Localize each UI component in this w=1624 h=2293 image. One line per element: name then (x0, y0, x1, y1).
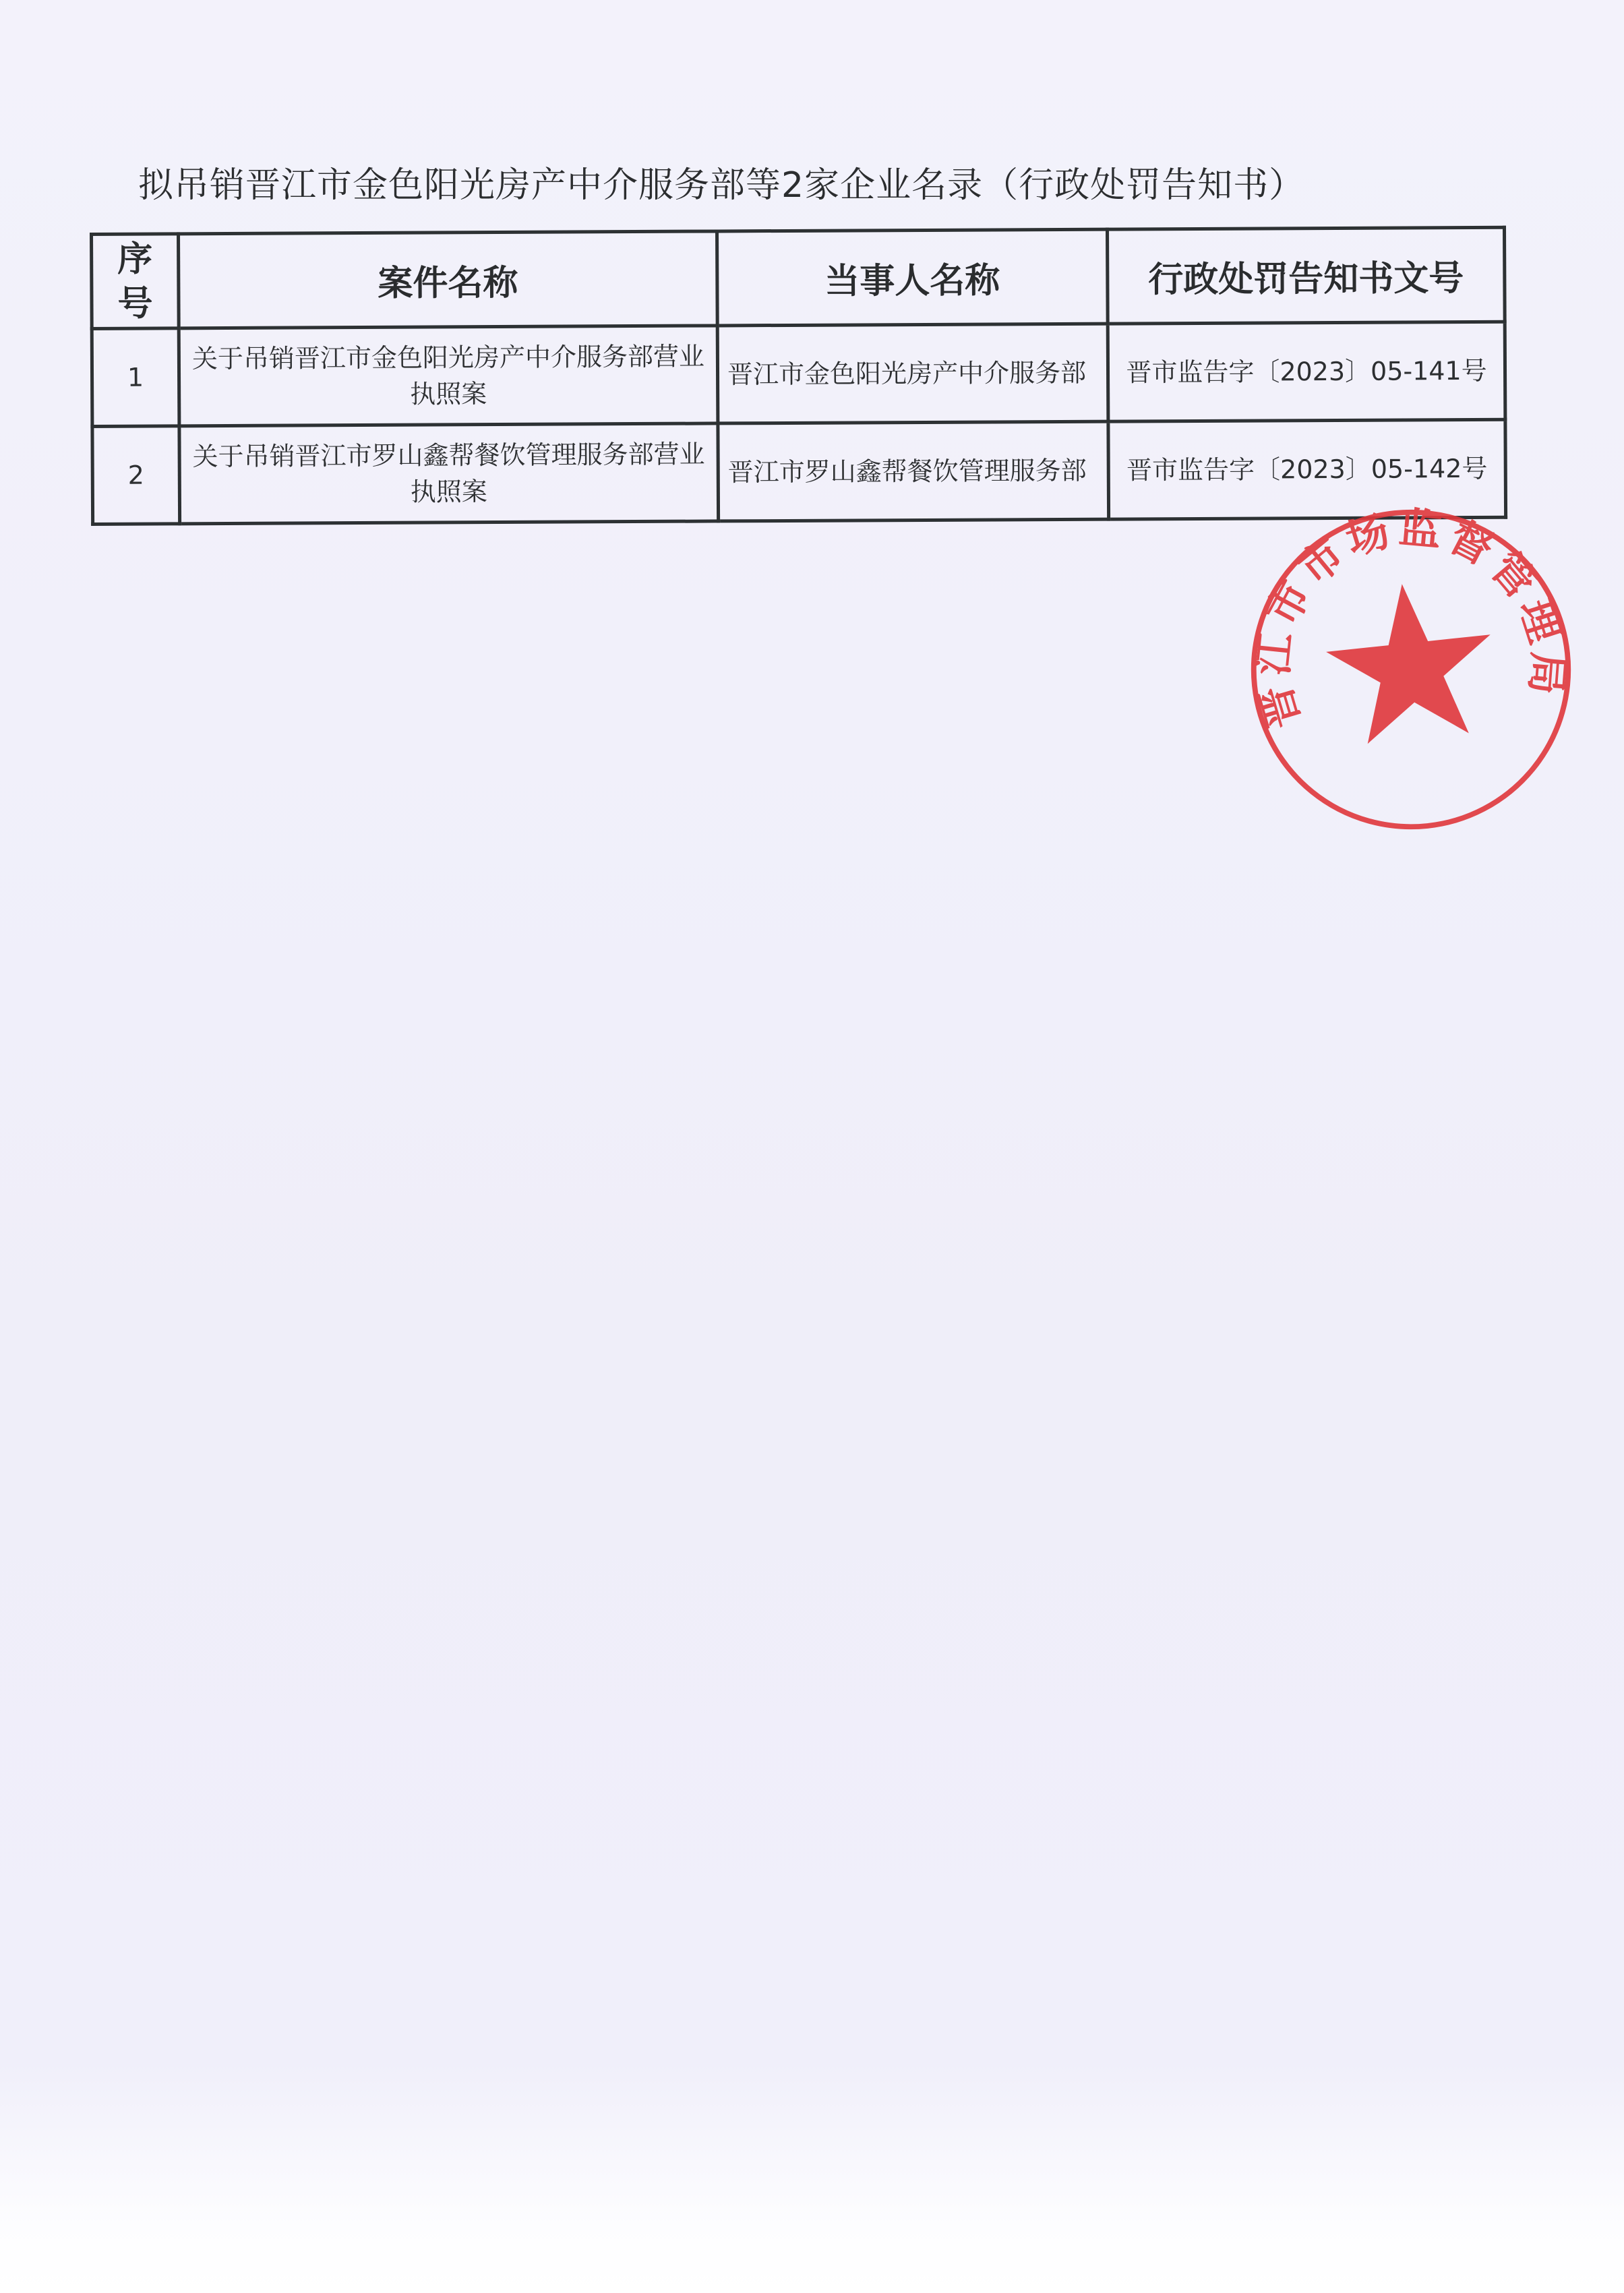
enterprise-list-table: 序号 案件名称 当事人名称 行政处罚告知书文号 1 关于吊销晋江市金色阳光房产中… (90, 226, 1507, 526)
official-seal: 晋江市市场监督管理局 (1230, 488, 1593, 852)
table-header-row: 序号 案件名称 当事人名称 行政处罚告知书文号 (92, 227, 1505, 328)
star-icon (1320, 575, 1501, 747)
header-party-name: 当事人名称 (717, 229, 1108, 326)
cell-seq: 1 (92, 328, 179, 427)
cell-party-name: 晋江市罗山鑫帮餐饮管理服务部 (718, 421, 1109, 521)
table-row: 1 关于吊销晋江市金色阳光房产中介服务部营业执照案 晋江市金色阳光房产中介服务部… (92, 322, 1505, 426)
cell-seq: 2 (92, 426, 180, 525)
document-title: 拟吊销晋江市金色阳光房产中介服务部等2家企业名录（行政处罚告知书） (138, 156, 1460, 207)
cell-party-name: 晋江市金色阳光房产中介服务部 (717, 324, 1108, 423)
cell-case-name: 关于吊销晋江市罗山鑫帮餐饮管理服务部营业执照案 (179, 423, 719, 524)
header-seq: 序号 (92, 234, 179, 329)
header-case-name: 案件名称 (179, 231, 718, 328)
seal-graphic: 晋江市市场监督管理局 (1230, 488, 1593, 852)
cell-case-name: 关于吊销晋江市金色阳光房产中介服务部营业执照案 (179, 326, 718, 426)
table-row: 2 关于吊销晋江市罗山鑫帮餐饮管理服务部营业执照案 晋江市罗山鑫帮餐饮管理服务部… (92, 419, 1506, 524)
cell-notice-number: 晋市监告字〔2023〕05-141号 (1108, 322, 1505, 421)
header-notice-number: 行政处罚告知书文号 (1107, 227, 1505, 324)
